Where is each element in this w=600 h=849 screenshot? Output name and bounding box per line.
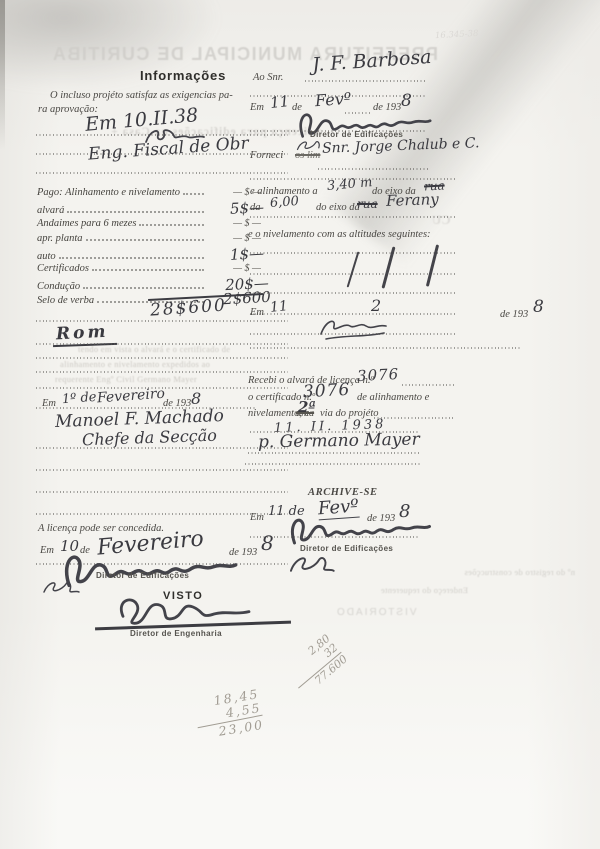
bleed-vistoriado: VISTORIADO xyxy=(335,607,417,618)
director-engenharia-label: Diretor de Engenharia xyxy=(130,629,222,638)
fee-row: Certificados— $ — xyxy=(37,260,287,274)
handwritten-year: 8 xyxy=(191,389,201,408)
dotted-line xyxy=(402,384,455,386)
handwritten-day: 11 xyxy=(269,92,290,112)
dotted-line xyxy=(36,469,288,471)
dotted-line xyxy=(36,343,288,345)
date-suffix: de 193 xyxy=(500,309,528,320)
initials-scribble-icon xyxy=(284,551,336,579)
signature-engineer-icon xyxy=(316,314,396,342)
handwritten-fiscal-role: Eng. Fiscal de Obr xyxy=(87,133,249,164)
dotted-line xyxy=(36,172,288,174)
handwritten-year: 8 xyxy=(533,297,544,317)
fee-label: apr. planta xyxy=(37,233,83,244)
nivel-note: e o nivelamento com as altitudes seguint… xyxy=(248,229,431,240)
fee-leader xyxy=(183,184,204,195)
date-prefix: Em xyxy=(40,545,54,556)
fee-leader xyxy=(59,248,204,259)
fee-leader xyxy=(139,215,204,226)
dotted-line xyxy=(305,80,425,82)
director-edificacoes-label: Diretor de Edificações xyxy=(96,571,189,580)
fee-label: Selo de verba xyxy=(37,295,94,306)
addressee-prefix: Ao Snr. xyxy=(253,72,283,83)
handwritten-license-number: 3076 xyxy=(357,365,400,385)
intro-line-1: O incluso projéto satisfaz as exigencias… xyxy=(50,90,233,101)
fees-total: 28$600 xyxy=(149,295,227,320)
handwritten-alignment-distance: 6,00 xyxy=(270,194,300,211)
fee-amount: — $ — xyxy=(207,218,287,229)
alignment-line2-mid: do eixo da xyxy=(316,202,360,213)
initials-scribble-icon xyxy=(38,578,83,600)
pencil-calc-sum: 18,45 4,55 23,00 xyxy=(193,687,265,742)
fee-leader xyxy=(83,278,204,289)
date-prefix: Em xyxy=(250,307,264,318)
showthrough-line: alinhamento e nivelamento expedidos ao xyxy=(60,359,210,369)
dotted-line xyxy=(250,333,455,335)
bleed-typed-line: Endereço do requerente xyxy=(248,585,468,595)
dotted-line xyxy=(36,491,288,493)
dotted-line xyxy=(36,357,288,359)
forneci-label: Forneci xyxy=(250,150,283,161)
fee-leader xyxy=(86,230,204,241)
handwritten-street-name: Ferany xyxy=(386,190,439,210)
dotted-line xyxy=(250,347,520,349)
forneci-struck-text: os lim xyxy=(295,150,320,161)
handwritten-receipt-signature: p. Germano Mayer xyxy=(258,430,420,453)
showthrough-line: tendo em vista o alvará e o certificado … xyxy=(78,344,230,354)
dotted-line xyxy=(36,320,288,322)
dotted-line xyxy=(250,252,455,254)
handwritten-chief-role: Chefe da Secção xyxy=(82,426,217,450)
recebi-line2-post: de alinhamento e xyxy=(357,392,429,403)
scanned-document-sheet: PREFEITURA MUNICIPAL DE CURITIBA a licen… xyxy=(0,0,600,849)
handwritten-note-rom: Rom xyxy=(56,322,109,345)
date-prefix: Em xyxy=(250,102,264,113)
dotted-line xyxy=(250,536,420,538)
handwritten-day: 11 xyxy=(269,298,288,316)
dotted-line xyxy=(36,447,288,449)
date-prefix: Em xyxy=(250,512,264,523)
handwritten-day: 1º de xyxy=(62,390,97,407)
fee-label: Andaimes para 6 mezes xyxy=(37,218,136,229)
handwritten-month: Fevereiro xyxy=(97,386,166,407)
dotted-line xyxy=(250,216,455,218)
scan-edge-left xyxy=(0,0,5,150)
pencil-calc-diagonal: 2,80 32 77.600 xyxy=(282,633,350,699)
date-prefix: Em xyxy=(42,398,56,409)
dotted-line xyxy=(250,292,455,294)
dotted-line xyxy=(245,463,420,465)
handwritten-struck-word: rua xyxy=(357,197,378,211)
handwritten-via-number: 2ª xyxy=(298,398,316,416)
fee-label: Certificados xyxy=(37,263,89,274)
showthrough-line: requerente Engº Civil Germano Mayer xyxy=(55,374,197,384)
handwritten-month: 2 xyxy=(371,296,381,315)
fee-label: Pago: Alinhamento e nivelamento xyxy=(37,187,180,198)
handwritten-year: 8 xyxy=(261,531,274,555)
handwritten-slash-mark xyxy=(347,252,360,288)
dotted-line xyxy=(36,371,288,373)
handwritten-slash-mark xyxy=(426,244,439,286)
fee-leader xyxy=(67,202,204,213)
fee-leader xyxy=(92,260,204,271)
dotted-line xyxy=(248,452,420,454)
alignment-line2-pre: da xyxy=(250,202,261,213)
informacoes-title: Informações xyxy=(140,68,226,83)
dotted-line xyxy=(318,168,430,170)
bleed-cu-fragment: CU xyxy=(432,212,451,228)
